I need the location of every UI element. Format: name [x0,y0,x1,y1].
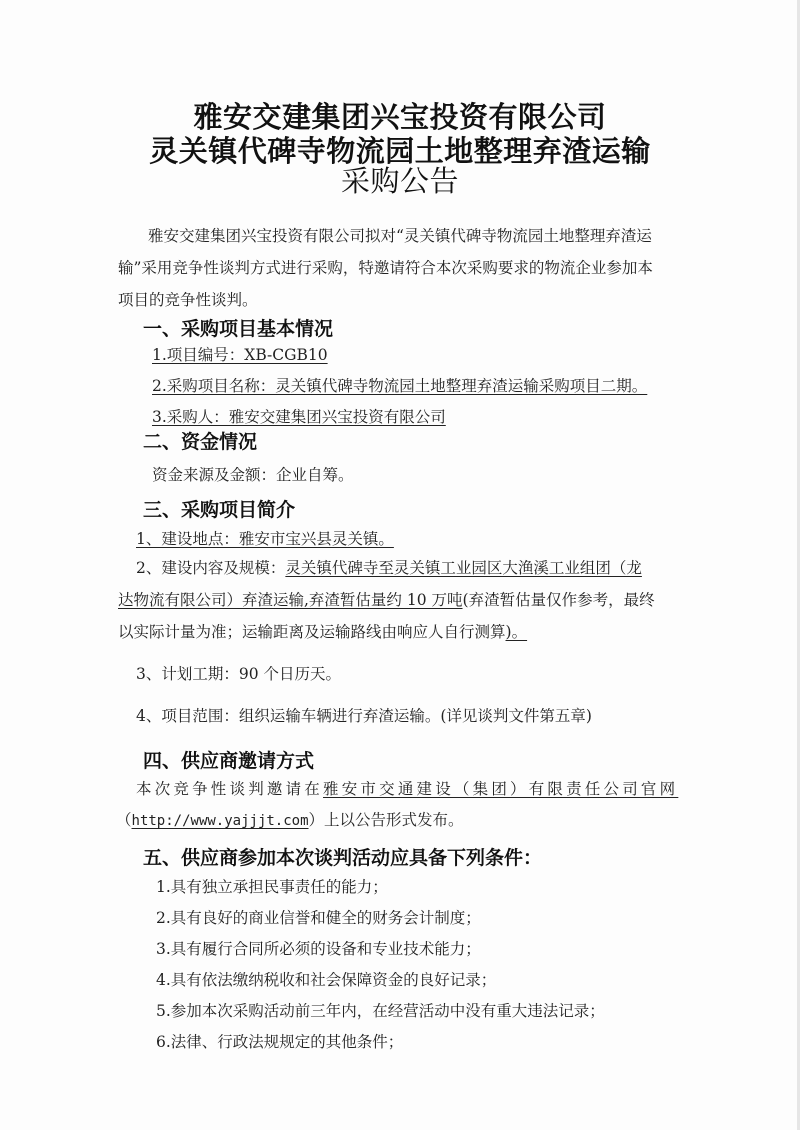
intro-line-2: 输”采用竞争性谈判方式进行采购，特邀请符合本次采购要求的物流企业参加本 [118,256,653,280]
section-heading: 一、采购项目基本情况 [143,316,333,342]
title-line-project: 灵关镇代碑寺物流园土地整理弃渣运输 [0,134,800,168]
scope-note-cont: 以实际计量为准；运输距离及运输路线由响应人自行测算 [118,623,506,641]
planned-duration: 3、计划工期：90 个日历天。 [136,662,341,686]
official-website-name: 雅安市交通建设（集团）有限责任公司官网 [323,780,678,798]
condition-item: 5.参加本次采购活动前三年内，在经营活动中没有重大违法记录； [156,999,605,1023]
section-heading: 三、采购项目简介 [143,497,295,523]
invitation-line-2: （http://www.yajjjt.com）上以公告形式发布。 [116,808,464,833]
invitation-prefix: 本次竞争性谈判邀请在 [136,780,323,798]
project-name: 2.采购项目名称：灵关镇代碑寺物流园土地整理弃渣运输采购项目二期。 [152,374,647,398]
scope-volume: 达物流有限公司）弃渣运输,弃渣暂估量约 10 万吨 [118,591,463,609]
scope-note: (弃渣暂估量仅作参考，最终 [463,591,655,609]
section-heading: 五、供应商参加本次谈判活动应具备下列条件： [143,845,542,871]
intro-line-1: 雅安交建集团兴宝投资有限公司拟对“灵关镇代碑寺物流园土地整理弃渣运 [148,224,652,248]
scope-route: 灵关镇代碑寺至灵关镇工业园区大渔溪工业组团（龙 [285,559,642,577]
title-line-company: 雅安交建集团兴宝投资有限公司 [0,100,800,134]
scope-label: 2、建设内容及规模： [136,559,285,577]
invitation-line-1: 本次竞争性谈判邀请在雅安市交通建设（集团）有限责任公司官网 [136,777,678,801]
condition-item: 4.具有依法缴纳税收和社会保障资金的良好记录； [156,968,496,992]
intro-line-3: 项目的竞争性谈判。 [118,288,258,312]
paren-open: （ [116,811,132,829]
condition-item: 2.具有良好的商业信誉和健全的财务会计制度； [156,906,481,930]
condition-item: 3.具有履行合同所必须的设备和专业技术能力； [156,937,481,961]
construction-scope-line-1: 2、建设内容及规模：灵关镇代碑寺至灵关镇工业园区大渔溪工业组团（龙 [136,556,642,580]
construction-scope-line-2: 达物流有限公司）弃渣运输,弃渣暂估量约 10 万吨(弃渣暂估量仅作参考，最终 [118,588,655,612]
project-number: 1.项目编号：XB-CGB10 [152,343,328,367]
construction-scope-line-3: 以实际计量为准；运输距离及运输路线由响应人自行测算)。 [118,620,527,644]
condition-item: 6.法律、行政法规规定的其他条件； [156,1030,403,1054]
purchaser: 3.采购人：雅安交建集团兴宝投资有限公司 [152,405,446,429]
funding-source: 资金来源及金额：企业自筹。 [152,463,354,487]
invitation-suffix: ）上以公告形式发布。 [309,811,464,829]
section-heading: 二、资金情况 [143,429,257,455]
section-heading: 四、供应商邀请方式 [143,748,314,774]
title-line-announcement: 采购公告 [0,164,800,198]
website-url-link[interactable]: http://www.yajjjt.com [132,813,309,829]
condition-item: 1.具有独立承担民事责任的能力； [156,875,388,899]
scope-note-end: )。 [506,623,528,641]
project-scope: 4、项目范围：组织运输车辆进行弃渣运输。(详见谈判文件第五章) [136,704,592,728]
construction-location: 1、建设地点：雅安市宝兴县灵关镇。 [136,527,394,551]
